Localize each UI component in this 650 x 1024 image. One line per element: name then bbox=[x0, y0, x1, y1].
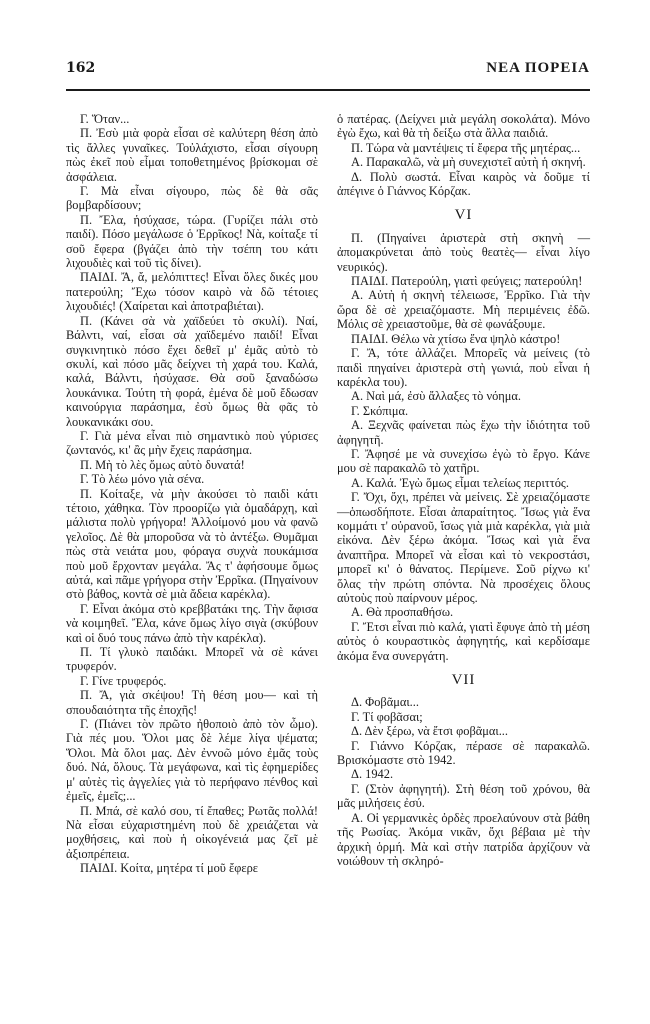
paragraph: Γ. Ὅταν... bbox=[66, 112, 318, 126]
paragraph: Γ. Γίνε τρυφερός. bbox=[66, 674, 318, 688]
paragraph: ΠΑΙΔΙ. Ἄ, ἄ, μελόπιττες! Εἶναι ὅλες δικέ… bbox=[66, 270, 318, 313]
paragraph: Γ. Μὰ εἶναι σίγουρο, πὼς δὲ θὰ σᾶς βομβα… bbox=[66, 184, 318, 213]
paragraph: Γ. Ἄφησέ με νὰ συνεχίσω ἐγὼ τὸ ἔργο. Κάν… bbox=[337, 447, 590, 476]
paragraph: Γ. (Πιάνει τὸν πρῶτο ἠθοποιὸ ἀπὸ τὸν ὦμο… bbox=[66, 717, 318, 803]
paragraph: Π. Μπά, σὲ καλό σου, τί ἔπαθες; Ρωτᾶς πο… bbox=[66, 804, 318, 862]
paragraph: Δ. 1942. bbox=[337, 767, 590, 781]
page-number: 162 bbox=[66, 60, 95, 76]
paragraph: Α. Καλά. Ἐγὼ ὅμως εἶμαι τελείως περιττός… bbox=[337, 476, 590, 490]
running-title: ΝΕΑ ΠΟΡΕΙΑ bbox=[486, 60, 590, 77]
paragraph: Π. Ἄ, γιὰ σκέψου! Τὴ θέση μου— καὶ τὴ σπ… bbox=[66, 688, 318, 717]
paragraph: Α. Παρακαλῶ, νὰ μὴ συνεχιστεῖ αὐτὴ ἡ σκη… bbox=[337, 155, 590, 169]
paragraph: Α. Θὰ προσπαθήσω. bbox=[337, 605, 590, 619]
right-column: ὁ πατέρας. (Δείχνει μιὰ μεγάλη σοκολάτα)… bbox=[337, 112, 590, 868]
paragraph: Π. Κοίταξε, νὰ μὴν ἀκούσει τὸ παιδὶ κάτι… bbox=[66, 487, 318, 602]
paragraph: ΠΑΙΔΙ. Πατερούλη, γιατὶ φεύγεις; πατερού… bbox=[337, 274, 590, 288]
paragraph: Γ. Γιὰ μένα εἶναι πιὸ σημαντικὸ ποὺ γύρι… bbox=[66, 429, 318, 458]
paragraph: Γ. Ὄχι, ὄχι, πρέπει νὰ μείνεις. Σὲ χρεια… bbox=[337, 490, 590, 605]
paragraph: Γ. Σκόπιμα. bbox=[337, 404, 590, 418]
paragraph: Γ. Τί φοβᾶσαι; bbox=[337, 710, 590, 724]
section-heading-vi: VI bbox=[337, 208, 590, 222]
paragraph: Γ. Εἶναι ἀκόμα στὸ κρεββατάκι της. Τὴν ἄ… bbox=[66, 602, 318, 645]
paragraph: Π. (Κάνει σὰ νὰ χαϊδεύει τὸ σκυλί). Ναί,… bbox=[66, 314, 318, 429]
paragraph: Α. Ναὶ μά, ἐσὺ ἄλλαξες τὸ νόημα. bbox=[337, 389, 590, 403]
paragraph: Π. Τώρα νὰ μαντέψεις τί ἔφερα τῆς μητέρα… bbox=[337, 141, 590, 155]
header-rule bbox=[66, 89, 590, 91]
paragraph: Δ. Πολὺ σωστά. Εἶναι καιρὸς νὰ δοῦμε τί … bbox=[337, 170, 590, 199]
paragraph: Π. Ἐσὺ μιὰ φορὰ εἶσαι σὲ καλύτερη θέση ἀ… bbox=[66, 126, 318, 184]
paragraph: Γ. Ἔτσι εἶναι πιὸ καλά, γιατὶ ἔφυγε ἀπὸ … bbox=[337, 620, 590, 663]
paragraph: Γ. Ἄ, τότε ἀλλάζει. Μπορεῖς νὰ μείνεις (… bbox=[337, 346, 590, 389]
page-header: 162 ΝΕΑ ΠΟΡΕΙΑ bbox=[66, 60, 590, 82]
paragraph: Α. Αὐτὴ ἡ σκηνὴ τέλειωσε, Ἐρρῖκο. Γιὰ τὴ… bbox=[337, 288, 590, 331]
paragraph: Π. Ἔλα, ἡσύχασε, τώρα. (Γυρίζει πάλι στὸ… bbox=[66, 213, 318, 271]
paragraph: Π. Τί γλυκὸ παιδάκι. Μπορεῖ νὰ σὲ κάνει … bbox=[66, 645, 318, 674]
paragraph: Α. Οἱ γερμανικὲς ὀρδὲς προελαύνουν στὰ β… bbox=[337, 811, 590, 869]
section-heading-vii: VII bbox=[337, 673, 590, 687]
paragraph: Γ. Γιάννο Κόρζακ, πέρασε σὲ παρακαλῶ. Βρ… bbox=[337, 739, 590, 768]
paragraph: Γ. (Στὸν ἀφηγητή). Στὴ θέση τοῦ χρόνου, … bbox=[337, 782, 590, 811]
paragraph: ΠΑΙΔΙ. Θέλω νὰ χτίσω ἕνα ψηλὸ κάστρο! bbox=[337, 332, 590, 346]
paragraph: Γ. Τὸ λέω μόνο γιὰ σένα. bbox=[66, 472, 318, 486]
paragraph: Δ. Φοβᾶμαι... bbox=[337, 695, 590, 709]
paragraph: Π. (Πηγαίνει ἀριστερὰ στὴ σκηνὴ — ἀπομακ… bbox=[337, 231, 590, 274]
paragraph-continuation: ὁ πατέρας. (Δείχνει μιὰ μεγάλη σοκολάτα)… bbox=[337, 112, 590, 141]
paragraph: ΠΑΙΔΙ. Κοίτα, μητέρα τί μοῦ ἔφερε bbox=[66, 861, 318, 875]
paragraph: Α. Ξεχνᾶς φαίνεται πὼς ἔχω τὴν ἰδιότητα … bbox=[337, 418, 590, 447]
paragraph: Π. Μὴ τὸ λὲς ὅμως αὐτὸ δυνατά! bbox=[66, 458, 318, 472]
left-column: Γ. Ὅταν... Π. Ἐσὺ μιὰ φορὰ εἶσαι σὲ καλύ… bbox=[66, 112, 318, 876]
paragraph: Δ. Δὲν ξέρω, νὰ ἔτσι φοβᾶμαι... bbox=[337, 724, 590, 738]
